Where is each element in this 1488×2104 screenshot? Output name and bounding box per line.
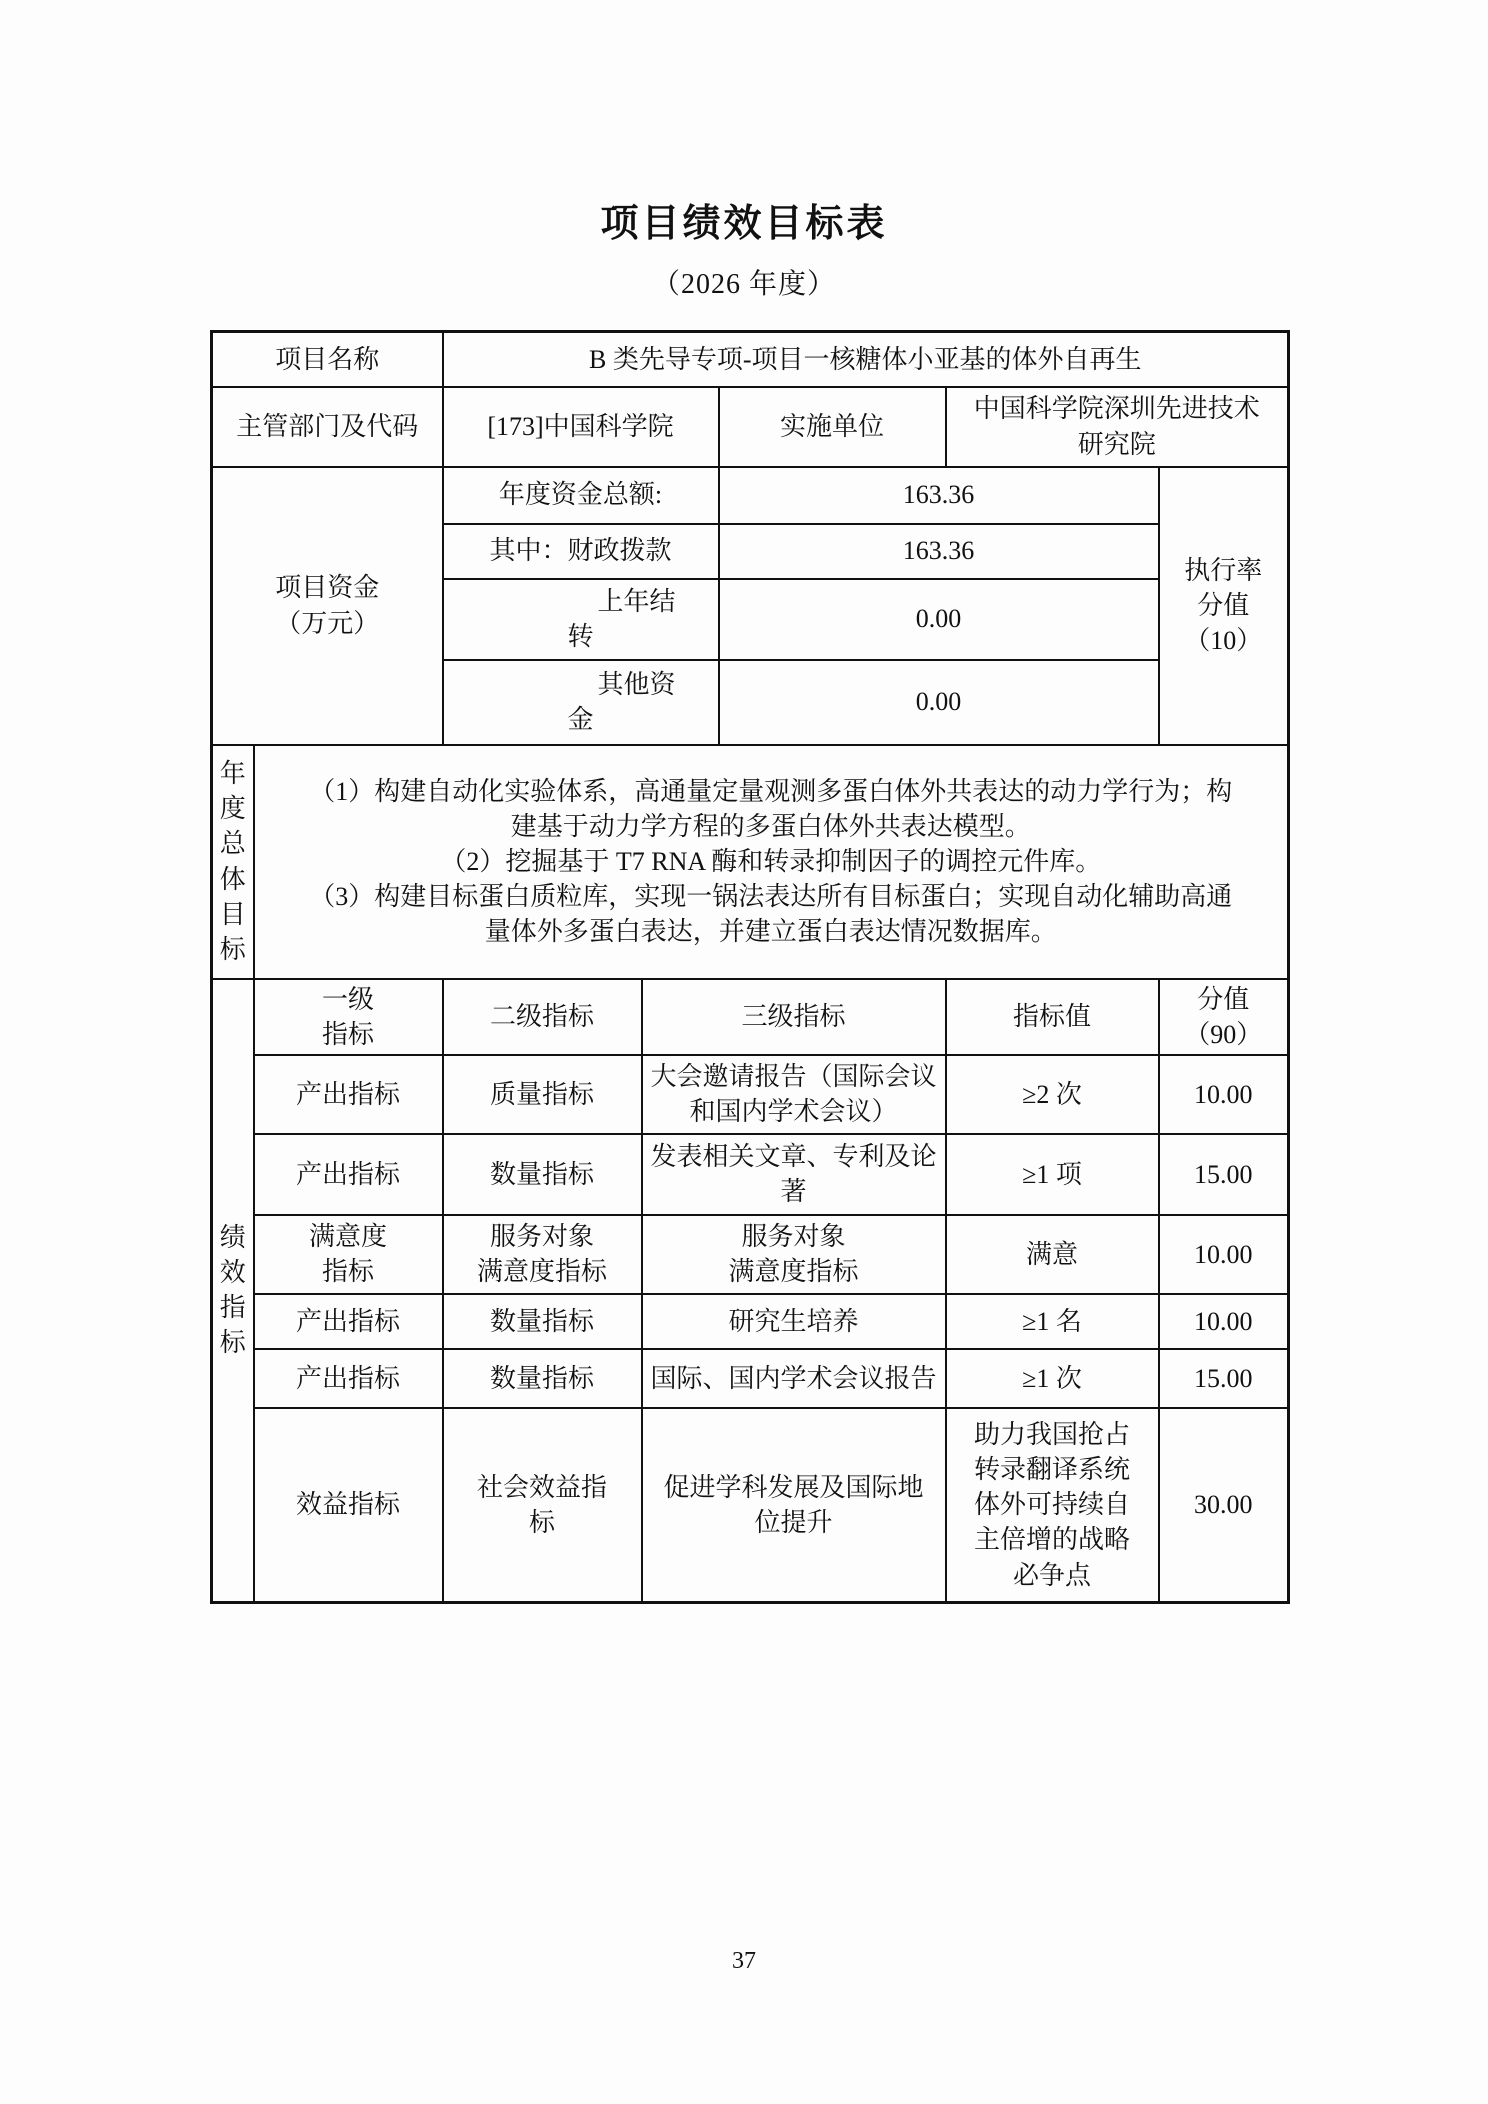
document-subtitle: （2026 年度） bbox=[0, 262, 1488, 302]
header-level2: 二级指标 bbox=[443, 979, 642, 1055]
indicator-level2: 数量指标 bbox=[443, 1349, 642, 1408]
funding-carryover-line1: 上年结 bbox=[450, 584, 712, 619]
indicator-row: 效益指标 社会效益指 标 促进学科发展及国际地 位提升 助力我国抢占 转录翻译系… bbox=[212, 1408, 1289, 1603]
annual-goal-content: （1）构建自动化实验体系，高通量定量观测多蛋白体外共表达的动力学行为；构 建基于… bbox=[254, 745, 1289, 979]
header-score: 分值 （90） bbox=[1159, 979, 1289, 1055]
funding-other-value: 0.00 bbox=[719, 660, 1159, 745]
indicator-level3: 服务对象 满意度指标 bbox=[642, 1215, 946, 1294]
funding-fiscal-label: 其中：财政拨款 bbox=[443, 524, 719, 579]
indicator-row: 产出指标 数量指标 国际、国内学术会议报告 ≥1 次 15.00 bbox=[212, 1349, 1289, 1408]
funding-total-value: 163.36 bbox=[719, 467, 1159, 524]
funding-other-line2: 金 bbox=[450, 702, 712, 737]
execution-rate-label: 执行率 分值 （10） bbox=[1159, 467, 1289, 745]
document-page: 项目绩效目标表 （2026 年度） 项目名称 B 类先导专项-项目一核糖体小亚基… bbox=[0, 0, 1488, 2104]
project-name-label: 项目名称 bbox=[212, 332, 443, 387]
dept-value: [173]中国科学院 bbox=[443, 387, 719, 467]
indicator-level1: 满意度 指标 bbox=[254, 1215, 443, 1294]
indicator-level3: 大会邀请报告（国际会议 和国内学术会议） bbox=[642, 1055, 946, 1134]
indicator-row: 产出指标 数量指标 研究生培养 ≥1 名 10.00 bbox=[212, 1294, 1289, 1349]
dept-label: 主管部门及代码 bbox=[212, 387, 443, 467]
indicator-level3: 促进学科发展及国际地 位提升 bbox=[642, 1408, 946, 1603]
indicator-level2: 质量指标 bbox=[443, 1055, 642, 1134]
indicator-value: ≥1 项 bbox=[946, 1134, 1159, 1215]
indicator-level2: 社会效益指 标 bbox=[443, 1408, 642, 1603]
funding-other-label: 其他资 金 bbox=[443, 660, 719, 745]
row-annual-goal: 年 度 总 体 目 标 （1）构建自动化实验体系，高通量定量观测多蛋白体外共表达… bbox=[212, 745, 1289, 979]
indicator-score: 10.00 bbox=[1159, 1215, 1289, 1294]
indicator-level1: 产出指标 bbox=[254, 1055, 443, 1134]
indicator-value: 满意 bbox=[946, 1215, 1159, 1294]
indicator-value: ≥1 名 bbox=[946, 1294, 1159, 1349]
annual-goal-label: 年 度 总 体 目 标 bbox=[212, 745, 254, 979]
indicator-score: 10.00 bbox=[1159, 1294, 1289, 1349]
document-title: 项目绩效目标表 bbox=[0, 192, 1488, 247]
indicator-score: 15.00 bbox=[1159, 1349, 1289, 1408]
indicator-value: ≥1 次 bbox=[946, 1349, 1159, 1408]
indicator-row: 产出指标 数量指标 发表相关文章、专利及论 著 ≥1 项 15.00 bbox=[212, 1134, 1289, 1215]
funding-carryover-label: 上年结 转 bbox=[443, 579, 719, 660]
impl-unit-label: 实施单位 bbox=[719, 387, 946, 467]
funding-total-label: 年度资金总额: bbox=[443, 467, 719, 524]
indicator-row: 满意度 指标 服务对象 满意度指标 服务对象 满意度指标 满意 10.00 bbox=[212, 1215, 1289, 1294]
indicator-value: ≥2 次 bbox=[946, 1055, 1159, 1134]
indicator-score: 30.00 bbox=[1159, 1408, 1289, 1603]
indicator-score: 15.00 bbox=[1159, 1134, 1289, 1215]
header-value: 指标值 bbox=[946, 979, 1159, 1055]
indicator-level3: 发表相关文章、专利及论 著 bbox=[642, 1134, 946, 1215]
header-level1: 一级 指标 bbox=[254, 979, 443, 1055]
indicator-level2: 数量指标 bbox=[443, 1294, 642, 1349]
indicator-row: 产出指标 质量指标 大会邀请报告（国际会议 和国内学术会议） ≥2 次 10.0… bbox=[212, 1055, 1289, 1134]
row-funding-total: 项目资金 （万元） 年度资金总额: 163.36 执行率 分值 （10） bbox=[212, 467, 1289, 524]
funding-carryover-value: 0.00 bbox=[719, 579, 1159, 660]
indicator-level3: 研究生培养 bbox=[642, 1294, 946, 1349]
indicator-level1: 产出指标 bbox=[254, 1349, 443, 1408]
row-project-name: 项目名称 B 类先导专项-项目一核糖体小亚基的体外自再生 bbox=[212, 332, 1289, 387]
row-department: 主管部门及代码 [173]中国科学院 实施单位 中国科学院深圳先进技术 研究院 bbox=[212, 387, 1289, 467]
indicator-level2: 数量指标 bbox=[443, 1134, 642, 1215]
page-number: 37 bbox=[0, 1948, 1488, 1975]
indicator-score: 10.00 bbox=[1159, 1055, 1289, 1134]
indicator-level1: 产出指标 bbox=[254, 1294, 443, 1349]
indicators-label: 绩 效 指 标 bbox=[212, 979, 254, 1603]
indicator-level3: 国际、国内学术会议报告 bbox=[642, 1349, 946, 1408]
header-level3: 三级指标 bbox=[642, 979, 946, 1055]
indicator-level2: 服务对象 满意度指标 bbox=[443, 1215, 642, 1294]
indicator-level1: 产出指标 bbox=[254, 1134, 443, 1215]
indicator-value: 助力我国抢占 转录翻译系统 体外可持续自 主倍增的战略 必争点 bbox=[946, 1408, 1159, 1603]
performance-target-table: 项目名称 B 类先导专项-项目一核糖体小亚基的体外自再生 主管部门及代码 [17… bbox=[210, 330, 1287, 1604]
funding-fiscal-value: 163.36 bbox=[719, 524, 1159, 579]
funding-other-line1: 其他资 bbox=[450, 667, 712, 702]
impl-unit-value: 中国科学院深圳先进技术 研究院 bbox=[946, 387, 1289, 467]
indicator-level1: 效益指标 bbox=[254, 1408, 443, 1603]
funding-label: 项目资金 （万元） bbox=[212, 467, 443, 745]
funding-carryover-line2: 转 bbox=[450, 619, 712, 654]
project-name-value: B 类先导专项-项目一核糖体小亚基的体外自再生 bbox=[443, 332, 1289, 387]
row-indicator-header: 绩 效 指 标 一级 指标 二级指标 三级指标 指标值 分值 （90） bbox=[212, 979, 1289, 1055]
